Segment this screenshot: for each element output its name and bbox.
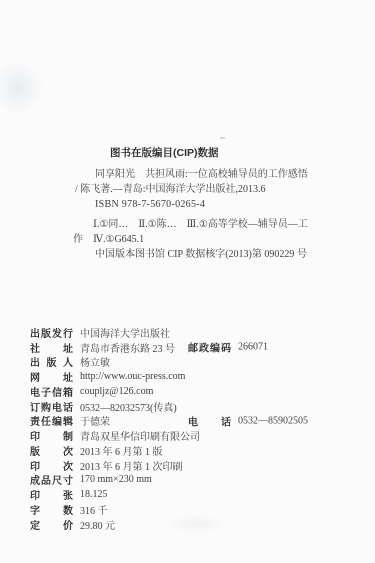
info-label: 出版发行 (30, 325, 73, 340)
info-label: 印次 (30, 458, 73, 473)
scan-smudge (0, 60, 44, 116)
info-label: 电子信箱 (30, 384, 73, 399)
info-label: 定价 (30, 517, 73, 532)
cip-record-line: 中国版本图书馆 CIP 数据核字(2013)第 090229 号 (95, 248, 307, 261)
info-value: 杨立敏 (80, 354, 110, 369)
info-value: 316 千 (80, 502, 108, 517)
info-value: 青岛市香港东路 23 号 (80, 340, 175, 355)
info-row-impression: 印次 2013 年 6 月第 1 次印刷 (30, 458, 375, 473)
info-label: 印张 (30, 487, 73, 502)
cip-title-line: 同享阳光 共担风雨:一位高校辅导员的工作感悟 (95, 168, 308, 181)
info-value-url: http://www.ouc-press.com (80, 371, 185, 382)
info-label: 出版人 (30, 354, 73, 369)
info-label: 版次 (30, 443, 73, 458)
info-value: 青岛双星华信印刷有限公司 (80, 428, 200, 443)
info-value: 2013 年 6 月第 1 版 (80, 443, 163, 458)
info-row-publisher: 出版发行 中国海洋大学出版社 (30, 325, 375, 340)
info-row-publisher-person: 出版人 杨立敏 (30, 355, 375, 370)
info-label: 网址 (30, 369, 73, 384)
info-row-editor: 责任编辑 于德荣 电话 0532—85902505 (30, 414, 375, 429)
info-value: 中国海洋大学出版社 (80, 325, 170, 340)
info-row-address: 社址 青岛市香港东路 23 号 邮政编码 266071 (30, 340, 375, 355)
cip-classification-line2: 作 Ⅳ.①G645.1 (73, 233, 144, 246)
info-row-edition: 版次 2013 年 6 月第 1 版 (30, 443, 375, 458)
cip-author-line: / 陈飞著.—青岛:中国海洋大学出版社,2013.6 (75, 183, 266, 196)
info-label: 订购电话 (30, 399, 73, 414)
info-label: 成品尺寸 (30, 472, 73, 487)
publication-info-block: 出版发行 中国海洋大学出版社 社址 青岛市香港东路 23 号 邮政编码 2660… (30, 325, 375, 532)
info-value: 29.80 元 (80, 517, 115, 532)
info-row-size: 成品尺寸 170 mm×230 mm (30, 473, 375, 488)
info-label-postcode: 邮政编码 (188, 340, 231, 355)
scan-speck (220, 137, 225, 139)
book-copyright-page: 图书在版编目(CIP)数据 同享阳光 共担风雨:一位高校辅导员的工作感悟 / 陈… (0, 0, 375, 563)
cip-heading: 图书在版编目(CIP)数据 (110, 147, 219, 160)
info-value: 于德荣 (80, 413, 110, 428)
info-row-website: 网址 http://www.ouc-press.com (30, 369, 375, 384)
info-row-price: 定价 29.80 元 (30, 517, 375, 532)
cip-isbn-line: ISBN 978-7-5670-0265-4 (95, 198, 205, 211)
info-label: 社址 (30, 340, 73, 355)
info-value-postcode: 266071 (238, 342, 268, 353)
info-value-phone: 0532—85902505 (238, 415, 308, 426)
info-value: 18.125 (80, 489, 108, 500)
info-row-email: 电子信箱 coupljz@126.com (30, 384, 375, 399)
info-row-order-phone: 订购电话 0532—82032573(传真) (30, 399, 375, 414)
info-row-sheets: 印张 18.125 (30, 487, 375, 502)
cip-classification-line1: Ⅰ.①同… Ⅱ.①陈… Ⅲ.①高等学校—辅导员—工 (93, 218, 308, 231)
info-label-phone: 电话 (188, 413, 231, 428)
info-label: 字数 (30, 502, 73, 517)
info-value: 2013 年 6 月第 1 次印刷 (80, 458, 183, 473)
info-row-printer: 印制 青岛双星华信印刷有限公司 (30, 428, 375, 443)
info-label: 印制 (30, 428, 73, 443)
info-value: 170 mm×230 mm (80, 474, 152, 485)
info-row-word-count: 字数 316 千 (30, 502, 375, 517)
info-value: 0532—82032573(传真) (80, 399, 177, 414)
info-label: 责任编辑 (30, 413, 73, 428)
info-value-email: coupljz@126.com (80, 386, 153, 397)
